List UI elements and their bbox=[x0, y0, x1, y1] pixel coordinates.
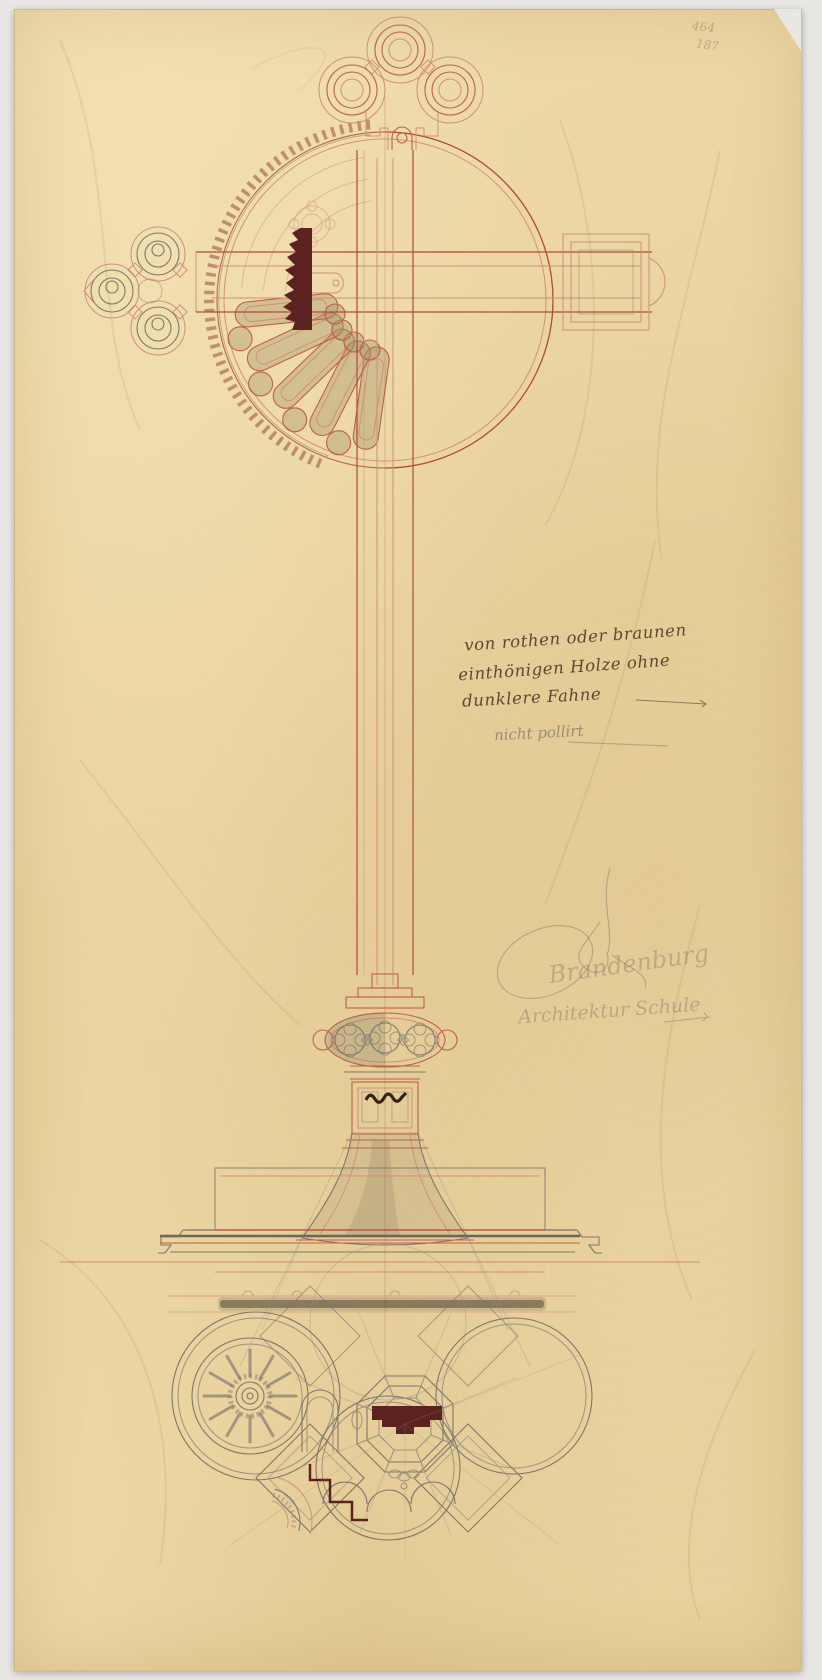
cross-elevation bbox=[60, 17, 700, 1380]
base-flare bbox=[296, 1132, 474, 1245]
left-arm-terminal bbox=[84, 227, 196, 355]
corner-number-1: 464 bbox=[691, 19, 715, 35]
cross-design-drawing bbox=[0, 0, 822, 1680]
shaft-knob-node bbox=[313, 974, 457, 1067]
plan-lobes bbox=[172, 1244, 592, 1540]
pencil-flourish bbox=[486, 868, 646, 1012]
scanned-drawing-page: 464 187 von rothen oder braunen einthöni… bbox=[0, 0, 822, 1680]
section-squiggle-mark bbox=[366, 1093, 406, 1102]
plan-fan-tracery bbox=[272, 1478, 312, 1534]
paper-creases bbox=[40, 40, 755, 1620]
right-arm-terminal bbox=[563, 234, 665, 330]
corner-number-2: 187 bbox=[695, 36, 720, 53]
plan-wheel-tracery bbox=[192, 1338, 338, 1454]
